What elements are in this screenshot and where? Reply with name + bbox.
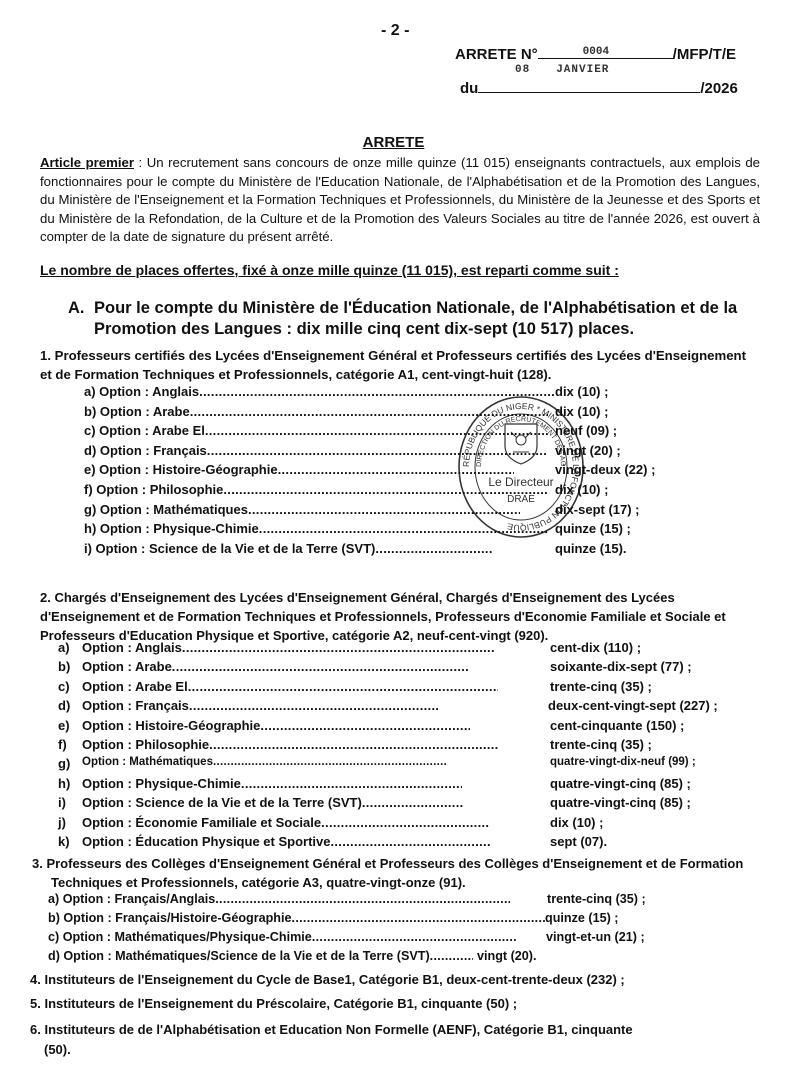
option-value: neuf (09) ; [555, 423, 617, 438]
article-premier: Article premier : Un recrutement sans co… [40, 154, 760, 247]
date-day: 08 [515, 64, 530, 76]
option-label: a) Option : Anglais [84, 384, 199, 399]
leader-dots: ........................................… [278, 462, 514, 477]
option-label: b) Option : Français/Histoire-Géographie [48, 911, 292, 925]
leader-dots: ........................................… [199, 384, 555, 399]
option-value: cent-cinquante (150) ; [550, 718, 684, 733]
category-6-cont: (50). [44, 1042, 71, 1057]
option-letter: c) [58, 679, 70, 694]
option-row: i) Option : Science de la Vie et de la T… [84, 541, 492, 556]
option-letter: f) [58, 737, 67, 752]
leader-dots: ........................................… [259, 521, 548, 536]
option-value: vingt (20) ; [555, 443, 621, 458]
option-label: Option : Français [82, 698, 189, 713]
option-letter: a) [58, 640, 70, 655]
option-row: e) Option : Histoire-Géographie.........… [84, 462, 514, 477]
option-label: h) Option : Physique-Chimie [84, 521, 259, 536]
option-value: dix (10) ; [555, 482, 608, 497]
section-a: A. Pour le compte du Ministère de l'Éduc… [68, 298, 758, 340]
leader-dots: ........................................… [209, 737, 498, 752]
option-value: vingt (20). [477, 949, 536, 963]
leader-dots: ........................................… [182, 640, 494, 655]
option-label: Option : Arabe El [82, 679, 188, 694]
option-label: Option : Histoire-Géographie [82, 718, 260, 733]
year-suffix: /2026 [700, 80, 738, 97]
arrete-number: 0004 [583, 46, 609, 58]
option-label: f) Option : Philosophie [84, 482, 223, 497]
article-text: : Un recrutement sans concours de onze m… [40, 155, 760, 244]
category-4: 4. Instituteurs de l'Enseignement du Cyc… [30, 972, 625, 987]
option-value: deux-cent-vingt-sept (227) ; [548, 698, 718, 713]
arrete-suffix: /MFP/T/E [673, 46, 736, 63]
option-label: i) Option : Science de la Vie et de la T… [84, 541, 375, 556]
option-value: vingt-deux (22) ; [555, 462, 655, 477]
option-label: Option : Anglais [82, 640, 182, 655]
category-5: 5. Instituteurs de l'Enseignement du Pré… [30, 996, 517, 1011]
page-number: - 2 - [381, 22, 409, 40]
leader-dots: ........................................… [188, 679, 498, 694]
option-row: b) Option : Arabe.......................… [84, 404, 548, 419]
option-letter: h) [58, 776, 70, 791]
leader-dots: ........................................… [207, 443, 548, 458]
option-value: dix (10) ; [555, 384, 608, 399]
option-label: Option : Mathématiques [82, 756, 213, 768]
option-row: a) Option : Français/Anglais............… [48, 892, 510, 906]
option-row: b) Option : Français/Histoire-Géographie… [48, 911, 545, 925]
option-value: quinze (15) ; [545, 911, 618, 925]
option-row: Option : Économie Familiale et Sociale..… [82, 815, 490, 830]
leader-dots: ........................................… [213, 756, 446, 768]
leader-dots: ........................................… [205, 423, 548, 438]
option-row: Option : Mathématiques..................… [82, 756, 446, 768]
option-row: Option : Physique-Chimie................… [82, 776, 462, 791]
option-row: c) Option : Arabe El....................… [84, 423, 548, 438]
article-label: Article premier [40, 155, 134, 170]
option-label: a) Option : Français/Anglais [48, 892, 215, 906]
option-value: soixante-dix-sept (77) ; [550, 659, 692, 674]
option-value: vingt-et-un (21) ; [546, 930, 645, 944]
option-value: quatre-vingt-cinq (85) ; [550, 795, 691, 810]
section-a-text: Pour le compte du Ministère de l'Éducati… [94, 298, 758, 340]
option-value: dix (10) ; [550, 815, 603, 830]
option-row: Option : Histoire-Géographie............… [82, 718, 470, 733]
option-row: Option : Français.......................… [82, 698, 438, 713]
option-letter: d) [58, 698, 70, 713]
leader-dots: ........................................… [260, 718, 470, 733]
option-value: trente-cinq (35) ; [550, 679, 652, 694]
option-value: quatre-vingt-cinq (85) ; [550, 776, 691, 791]
option-value: dix (10) ; [555, 404, 608, 419]
option-value: sept (07). [550, 834, 607, 849]
du-label: du [460, 80, 478, 97]
option-value: cent-dix (110) ; [550, 640, 641, 655]
leader-dots: ........................................… [430, 949, 473, 963]
option-label: Option : Éducation Physique et Sportive [82, 834, 330, 849]
option-label: c) Option : Mathématiques/Physique-Chimi… [48, 930, 312, 944]
leader-dots: ........................................… [189, 698, 438, 713]
leader-dots: ........................................… [172, 659, 470, 674]
leader-dots: ........................................… [321, 815, 490, 830]
option-label: Option : Économie Familiale et Sociale [82, 815, 321, 830]
option-label: e) Option : Histoire-Géographie [84, 462, 278, 477]
option-label: Option : Physique-Chimie [82, 776, 241, 791]
leader-dots: ........................................… [362, 795, 464, 810]
arrete-number-blank: 0004 [538, 44, 673, 59]
option-row: Option : Philosophie....................… [82, 737, 498, 752]
category-1-heading: 1. Professeurs certifiés des Lycées d'En… [40, 346, 760, 384]
option-letter: j) [58, 815, 66, 830]
option-value: quatre-vingt-dix-neuf (99) ; [550, 756, 696, 768]
option-letter: b) [58, 659, 70, 674]
leader-dots: ........................................… [190, 404, 548, 419]
option-row: d) Option : Mathématiques/Science de la … [48, 949, 473, 963]
leader-dots: ........................................… [215, 892, 510, 906]
date-stamp: 08JANVIER [515, 64, 635, 76]
option-value: trente-cinq (35) ; [550, 737, 652, 752]
option-label: b) Option : Arabe [84, 404, 190, 419]
arrete-number-line: ARRETE N°0004/MFP/T/E [455, 44, 736, 63]
date-month: JANVIER [556, 64, 609, 76]
option-row: Option : Éducation Physique et Sportive.… [82, 834, 490, 849]
leader-dots: ........................................… [223, 482, 548, 497]
option-row: Option : Anglais........................… [82, 640, 494, 655]
option-value: quinze (15). [555, 541, 627, 556]
leader-dots: ........................................… [312, 930, 516, 944]
date-line: du/2026 [460, 78, 738, 97]
option-row: g) Option : Mathématiques...............… [84, 502, 520, 517]
option-row: f) Option : Philosophie.................… [84, 482, 548, 497]
arrete-label: ARRETE N° [455, 46, 538, 63]
option-label: Option : Arabe [82, 659, 172, 674]
option-row: d) Option : Français....................… [84, 443, 548, 458]
category-2-heading: 2. Chargés d'Enseignement des Lycées d'E… [40, 588, 760, 645]
document-title: ARRETE [0, 134, 787, 151]
option-label: c) Option : Arabe El [84, 423, 205, 438]
section-a-letter: A. [68, 298, 85, 319]
option-label: g) Option : Mathématiques [84, 502, 248, 517]
option-letter: e) [58, 718, 70, 733]
category-6: 6. Instituteurs de de l'Alphabétisation … [30, 1022, 633, 1037]
category-3-heading: 3. Professeurs des Collèges d'Enseigneme… [32, 854, 761, 892]
option-label: d) Option : Français [84, 443, 207, 458]
option-row: c) Option : Mathématiques/Physique-Chimi… [48, 930, 516, 944]
leader-dots: ........................................… [292, 911, 545, 925]
option-row: Option : Science de la Vie et de la Terr… [82, 795, 464, 810]
leader-dots: ........................................… [248, 502, 520, 517]
option-value: quinze (15) ; [555, 521, 631, 536]
leader-dots: ........................................… [330, 834, 490, 849]
option-value: trente-cinq (35) ; [547, 892, 646, 906]
option-row: Option : Arabe..........................… [82, 659, 470, 674]
option-label: Option : Philosophie [82, 737, 209, 752]
date-blank [478, 78, 700, 93]
repartition-heading: Le nombre de places offertes, fixé à onz… [40, 262, 619, 278]
option-label: d) Option : Mathématiques/Science de la … [48, 949, 430, 963]
option-label: Option : Science de la Vie et de la Terr… [82, 795, 362, 810]
option-letter: i) [58, 795, 66, 810]
leader-dots: ........................................… [241, 776, 462, 791]
option-row: a) Option : Anglais.....................… [84, 384, 555, 399]
option-letter: k) [58, 834, 70, 849]
option-row: Option : Arabe El.......................… [82, 679, 498, 694]
option-letter: g) [58, 756, 70, 771]
option-value: dix-sept (17) ; [555, 502, 640, 517]
option-row: h) Option : Physique-Chimie.............… [84, 521, 548, 536]
leader-dots: ........................................… [375, 541, 492, 556]
